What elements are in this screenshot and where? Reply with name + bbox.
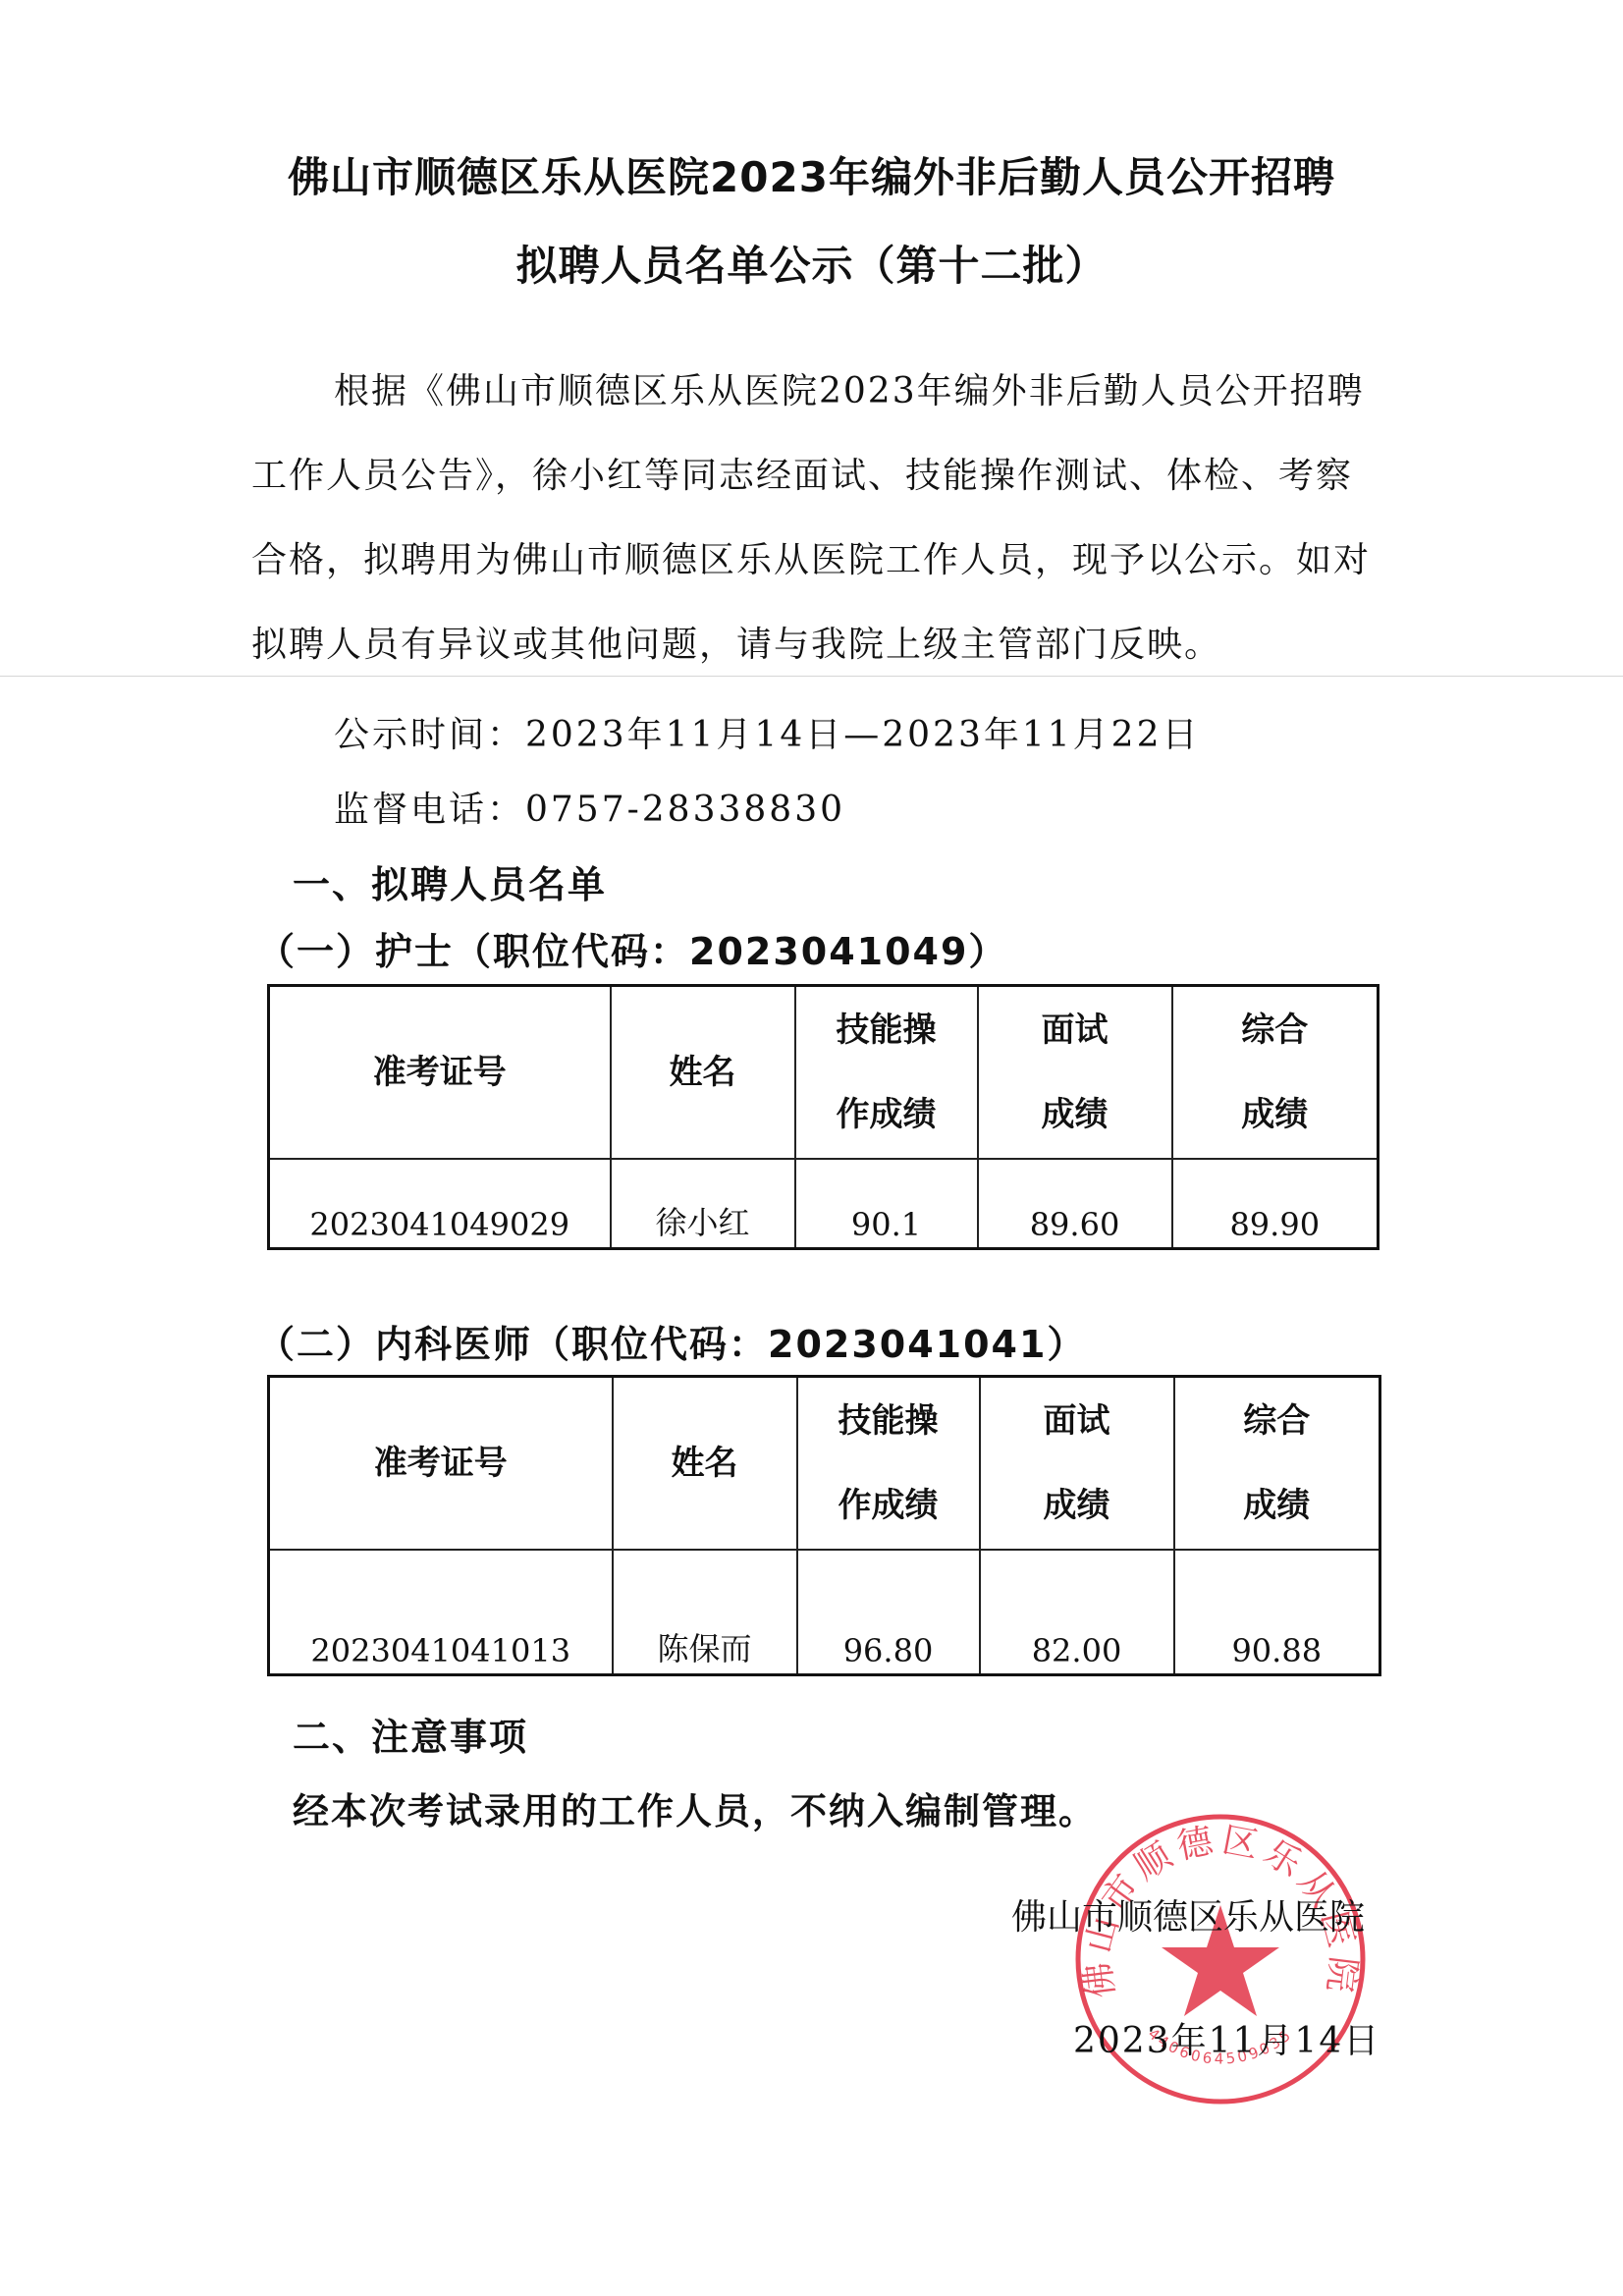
header-interview-score: 面试成绩 [980,1377,1174,1550]
header-total-score: 综合成绩 [1172,986,1379,1159]
header-name: 姓名 [613,1377,797,1550]
paragraph-line-1: 根据《佛山市顺德区乐从医院2023年编外非后勤人员公开招聘 [334,363,1365,413]
table-row: 2023041041013 陈保而 96.80 82.00 90.88 [269,1550,1380,1675]
cell-name: 徐小红 [611,1159,795,1249]
cell-total-score: 90.88 [1174,1550,1380,1675]
scan-artifact-line [0,676,1623,677]
signature-date: 2023年11月14日 [1073,2013,1380,2063]
paragraph-line-4: 拟聘人员有异议或其他问题，请与我院上级主管部门反映。 [251,617,1221,667]
section-heading-candidates: 一、拟聘人员名单 [293,854,607,908]
publicity-period: 公示时间：2023年11月14日—2023年11月22日 [334,707,1200,757]
supervision-phone: 监督电话：0757-28338830 [334,782,845,832]
document-title-line1: 佛山市顺德区乐从医院2023年编外非后勤人员公开招聘 [0,145,1623,204]
header-total-score: 综合成绩 [1174,1377,1380,1550]
cell-exam-number: 2023041041013 [269,1550,613,1675]
table-row: 2023041049029 徐小红 90.1 89.60 89.90 [269,1159,1379,1249]
table-header-row: 准考证号 姓名 技能操作成绩 面试成绩 综合成绩 [269,986,1379,1159]
table-caption-nurse: （一）护士（职位代码：2023041049） [257,921,1007,975]
cell-interview-score: 82.00 [980,1550,1174,1675]
table-caption-internist: （二）内科医师（职位代码：2023041041） [257,1314,1086,1368]
cell-skill-score: 96.80 [797,1550,980,1675]
document-title-line2: 拟聘人员名单公示（第十二批） [0,234,1623,293]
header-interview-score: 面试成绩 [978,986,1172,1159]
header-skill-score: 技能操作成绩 [797,1377,980,1550]
cell-skill-score: 90.1 [795,1159,978,1249]
header-name: 姓名 [611,986,795,1159]
paragraph-line-3: 合格，拟聘用为佛山市顺德区乐从医院工作人员，现予以公示。如对 [251,532,1371,582]
cell-exam-number: 2023041049029 [269,1159,611,1249]
cell-name: 陈保而 [613,1550,797,1675]
header-exam-number: 准考证号 [269,1377,613,1550]
candidate-table-internist: 准考证号 姓名 技能操作成绩 面试成绩 综合成绩 2023041041013 陈… [267,1375,1381,1676]
candidate-table-nurse: 准考证号 姓名 技能操作成绩 面试成绩 综合成绩 2023041049029 徐… [267,984,1380,1250]
cell-interview-score: 89.60 [978,1159,1172,1249]
section-heading-notes: 二、注意事项 [293,1707,528,1761]
signature-organization: 佛山市顺德区乐从医院 [1011,1889,1365,1940]
notice-text: 经本次考试录用的工作人员，不纳入编制管理。 [293,1781,1097,1834]
paragraph-line-2: 工作人员公告》，徐小红等同志经面试、技能操作测试、体检、考察 [251,448,1353,498]
table-header-row: 准考证号 姓名 技能操作成绩 面试成绩 综合成绩 [269,1377,1380,1550]
header-skill-score: 技能操作成绩 [795,986,978,1159]
header-exam-number: 准考证号 [269,986,611,1159]
cell-total-score: 89.90 [1172,1159,1379,1249]
